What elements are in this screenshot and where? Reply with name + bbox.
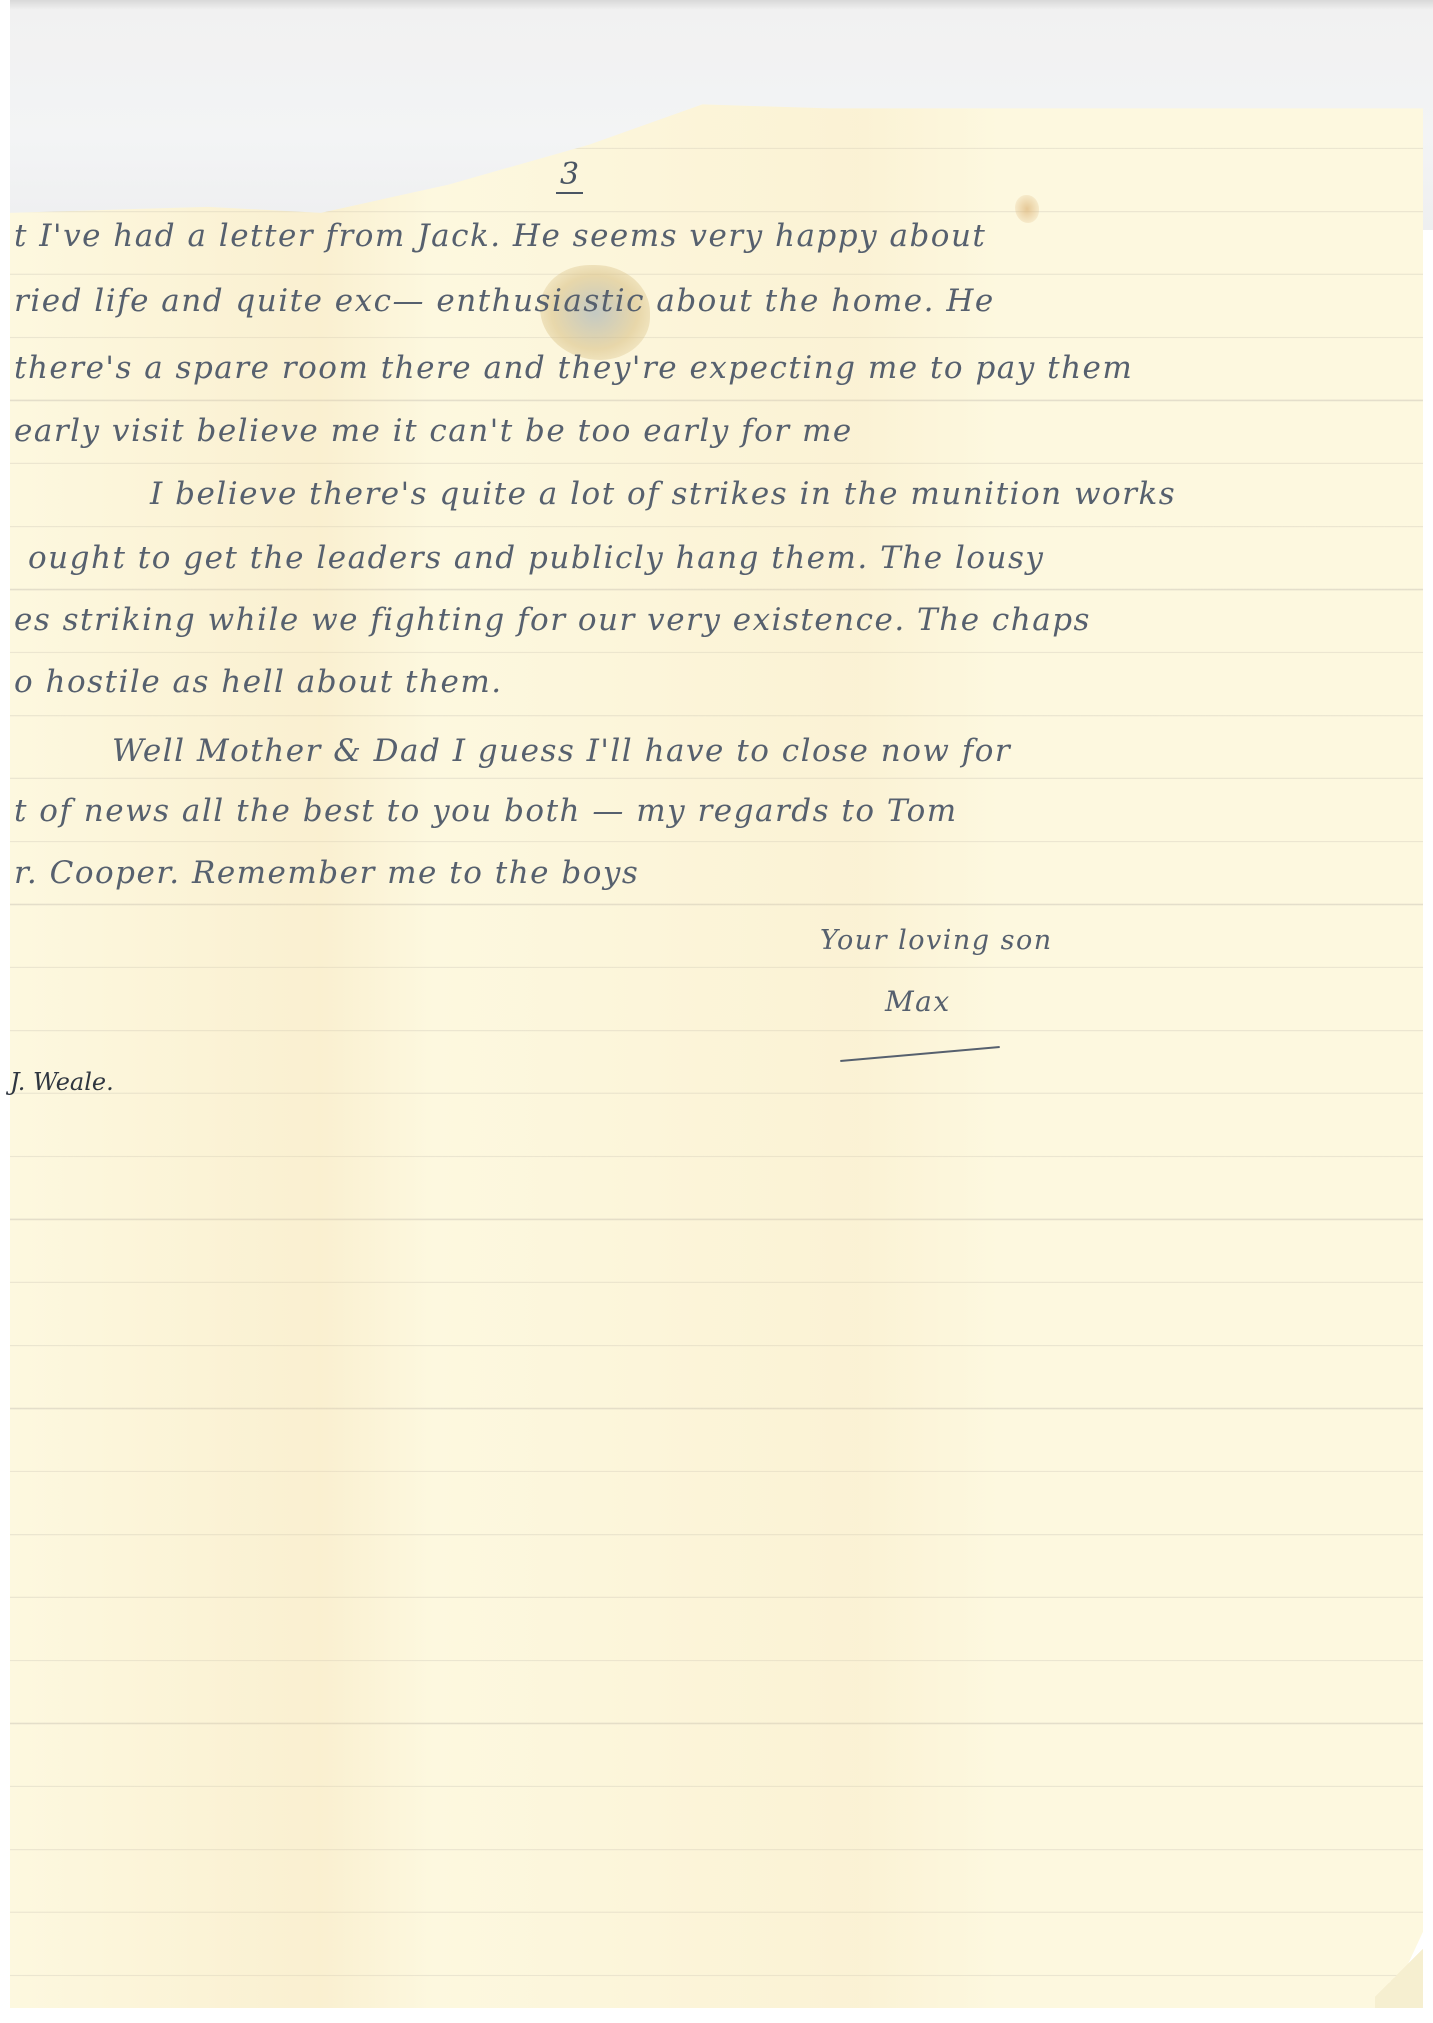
letter-line-3: there's a spare room there and they're e… <box>14 350 1133 386</box>
signature: Max <box>885 985 951 1018</box>
folded-corner <box>1375 1938 1423 2008</box>
letter-line-7: es striking while we fighting for our ve… <box>14 602 1091 638</box>
letter-line-11: r. Cooper. Remember me to the boys <box>14 855 639 891</box>
letter-line-4: early visit believe me it can't be too e… <box>14 413 853 449</box>
small-stain <box>1015 195 1039 223</box>
letter-line-10: t of news all the best to you both — my … <box>14 793 958 829</box>
closing: Your loving son <box>820 925 1053 956</box>
letter-line-9: Well Mother & Dad I guess I'll have to c… <box>112 733 1011 769</box>
footer-name: J. Weale. <box>10 1068 114 1096</box>
letter-line-5: I believe there's quite a lot of strikes… <box>150 476 1176 512</box>
letter-line-2: ried life and quite exc— enthusiastic ab… <box>14 283 995 319</box>
letter-line-8: o hostile as hell about them. <box>14 664 503 700</box>
page-number: 3 <box>556 160 583 194</box>
letter-line-6: ought to get the leaders and publicly ha… <box>28 540 1044 576</box>
letter-line-1: t I've had a letter from Jack. He seems … <box>14 218 986 254</box>
